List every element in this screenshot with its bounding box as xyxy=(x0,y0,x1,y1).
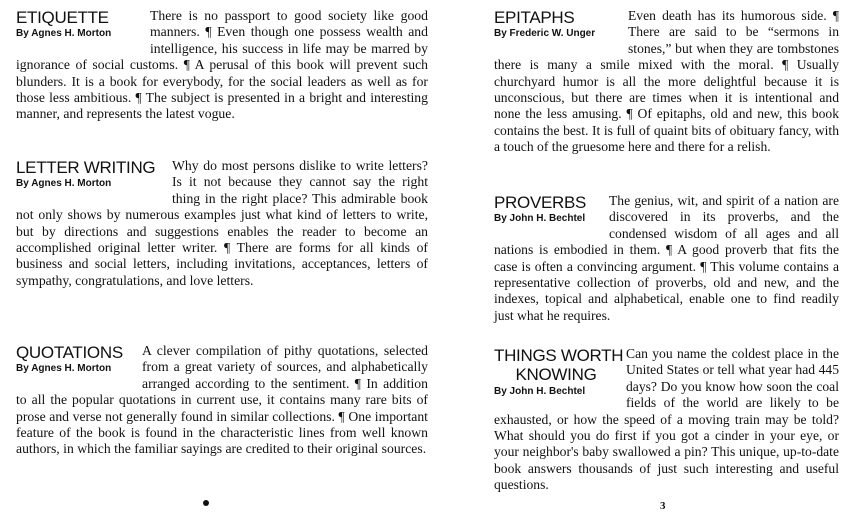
entry-proverbs: PROVERBS By John H. Bechtel The genius, … xyxy=(494,193,839,324)
entry-title: QUOTATIONS xyxy=(16,343,134,362)
entry-etiquette: ETIQUETTE By Agnes H. Morton There is no… xyxy=(16,8,428,123)
entry-author: By Agnes H. Morton xyxy=(16,362,134,376)
entry-title: EPITAPHS xyxy=(494,8,620,27)
entry-epitaphs: EPITAPHS By Frederic W. Unger Even death… xyxy=(494,8,839,156)
entry-author: By John H. Bechtel xyxy=(494,385,618,399)
entry-title-line-1: THINGS WORTH xyxy=(494,346,618,365)
entry-heading: ETIQUETTE By Agnes H. Morton xyxy=(16,8,142,41)
entry-title: LETTER WRITING xyxy=(16,158,164,177)
entry-heading: PROVERBS By John H. Bechtel xyxy=(494,193,601,226)
entry-letter-writing: LETTER WRITING By Agnes H. Morton Why do… xyxy=(16,158,428,289)
entry-heading: THINGS WORTH KNOWING By John H. Bechtel xyxy=(494,346,618,399)
entry-heading: EPITAPHS By Frederic W. Unger xyxy=(494,8,620,41)
entry-heading: LETTER WRITING By Agnes H. Morton xyxy=(16,158,164,191)
entry-heading: QUOTATIONS By Agnes H. Morton xyxy=(16,343,134,376)
entry-quotations: QUOTATIONS By Agnes H. Morton A clever c… xyxy=(16,343,428,458)
entry-things-worth-knowing: THINGS WORTH KNOWING By John H. Bechtel … xyxy=(494,346,839,494)
entry-title: ETIQUETTE xyxy=(16,8,142,27)
entry-author: By Agnes H. Morton xyxy=(16,177,164,191)
entry-author: By Agnes H. Morton xyxy=(16,27,142,41)
entry-title-line-2: KNOWING xyxy=(494,365,618,384)
entry-author: By John H. Bechtel xyxy=(494,212,601,226)
entry-author: By Frederic W. Unger xyxy=(494,27,620,41)
page-number: 3 xyxy=(660,500,666,512)
page-ornament-dot xyxy=(203,500,209,506)
entry-title: PROVERBS xyxy=(494,193,601,212)
